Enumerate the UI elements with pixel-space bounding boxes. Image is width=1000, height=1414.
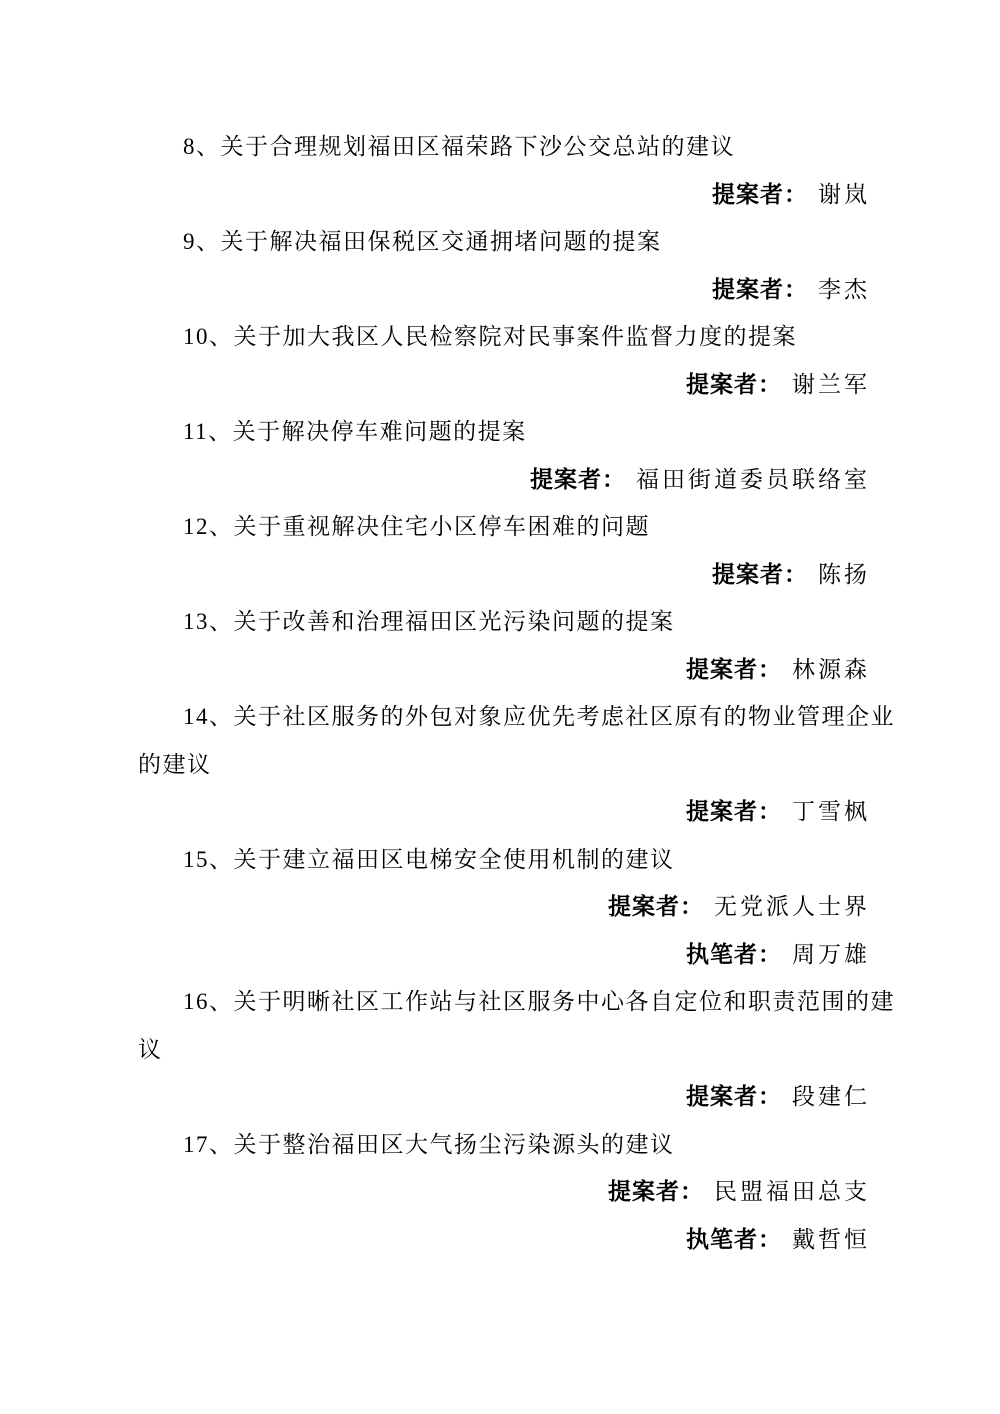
role-label: 提案者： xyxy=(608,1179,704,1204)
document-page: 8、关于合理规划福田区福荣路下沙公交总站的建议提案者：谢岚9、关于解决福田保税区… xyxy=(0,0,1000,1414)
proposal-12-role-line: 提案者：陈扬 xyxy=(138,551,870,599)
role-name: 丁雪枫 xyxy=(792,799,870,824)
role-label: 提案者： xyxy=(530,467,626,492)
proposal-17-role-line: 执笔者：戴哲恒 xyxy=(138,1216,870,1264)
role-name: 林源森 xyxy=(792,657,870,682)
proposal-17-title-line: 17、关于整治福田区大气扬尘污染源头的建议 xyxy=(138,1121,870,1169)
role-name: 段建仁 xyxy=(792,1084,870,1109)
proposal-16-title-line: 议 xyxy=(138,1026,870,1074)
proposal-14-role-line: 提案者：丁雪枫 xyxy=(138,788,870,836)
proposal-8-title-line: 8、关于合理规划福田区福荣路下沙公交总站的建议 xyxy=(138,123,870,171)
proposal-15-role-line: 提案者：无党派人士界 xyxy=(138,883,870,931)
proposal-13-title-line: 13、关于改善和治理福田区光污染问题的提案 xyxy=(138,598,870,646)
role-label: 提案者： xyxy=(608,894,704,919)
role-label: 提案者： xyxy=(712,562,808,587)
role-label: 提案者： xyxy=(686,799,782,824)
role-label: 提案者： xyxy=(686,1084,782,1109)
role-label: 执笔者： xyxy=(686,1227,782,1252)
proposal-10-title-line: 10、关于加大我区人民检察院对民事案件监督力度的提案 xyxy=(138,313,870,361)
role-label: 提案者： xyxy=(712,277,808,302)
proposal-15-title-line: 15、关于建立福田区电梯安全使用机制的建议 xyxy=(138,836,870,884)
role-name: 谢兰军 xyxy=(792,372,870,397)
proposal-10-role-line: 提案者：谢兰军 xyxy=(138,361,870,409)
proposal-16-title-line: 16、关于明晰社区工作站与社区服务中心各自定位和职责范围的建 xyxy=(138,978,870,1026)
role-name: 戴哲恒 xyxy=(792,1227,870,1252)
proposal-11-role-line: 提案者：福田街道委员联络室 xyxy=(138,456,870,504)
proposal-11-title-line: 11、关于解决停车难问题的提案 xyxy=(138,408,870,456)
role-name: 福田街道委员联络室 xyxy=(636,467,870,492)
role-name: 李杰 xyxy=(818,277,870,302)
proposal-9-title-line: 9、关于解决福田保税区交通拥堵问题的提案 xyxy=(138,218,870,266)
role-name: 周万雄 xyxy=(792,942,870,967)
proposal-12-title-line: 12、关于重视解决住宅小区停车困难的问题 xyxy=(138,503,870,551)
proposal-16-role-line: 提案者：段建仁 xyxy=(138,1073,870,1121)
proposal-13-role-line: 提案者：林源森 xyxy=(138,646,870,694)
role-label: 提案者： xyxy=(712,182,808,207)
role-name: 陈扬 xyxy=(818,562,870,587)
role-name: 无党派人士界 xyxy=(714,894,870,919)
proposal-14-title-line: 14、关于社区服务的外包对象应优先考虑社区原有的物业管理企业 xyxy=(138,693,870,741)
role-label: 提案者： xyxy=(686,372,782,397)
role-label: 提案者： xyxy=(686,657,782,682)
proposal-list: 8、关于合理规划福田区福荣路下沙公交总站的建议提案者：谢岚9、关于解决福田保税区… xyxy=(138,123,870,1263)
proposal-14-title-line: 的建议 xyxy=(138,741,870,789)
proposal-8-role-line: 提案者：谢岚 xyxy=(138,171,870,219)
proposal-9-role-line: 提案者：李杰 xyxy=(138,266,870,314)
role-name: 民盟福田总支 xyxy=(714,1179,870,1204)
role-name: 谢岚 xyxy=(818,182,870,207)
proposal-15-role-line: 执笔者：周万雄 xyxy=(138,931,870,979)
role-label: 执笔者： xyxy=(686,942,782,967)
proposal-17-role-line: 提案者：民盟福田总支 xyxy=(138,1168,870,1216)
